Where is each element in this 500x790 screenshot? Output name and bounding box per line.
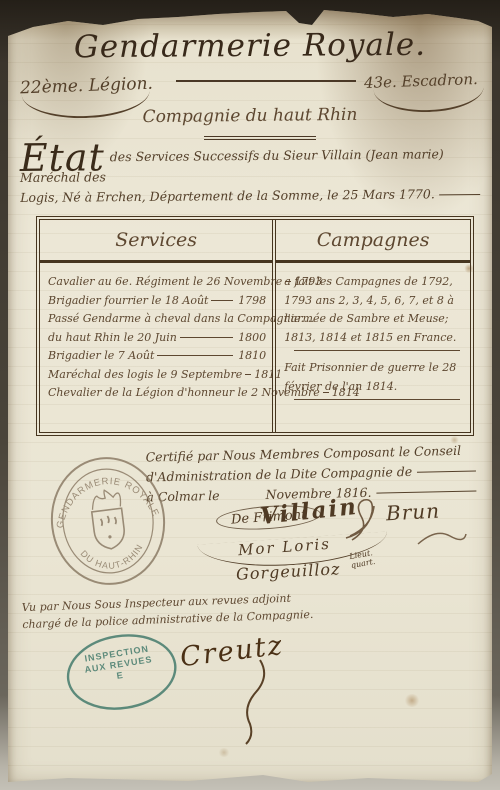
service-entry: du haut Rhin le 20 Juin xyxy=(48,329,177,348)
table-row: Brigadier le 7 Août1810 xyxy=(48,347,266,366)
service-year: 1798 xyxy=(236,292,266,311)
table-row: Chevalier de la Légion d'honneur le 2 No… xyxy=(48,384,266,403)
campagnes-rows: a fait les Campagnes de 1792, 1793 ans 2… xyxy=(276,263,470,432)
campagnes-column: Campagnes a fait les Campagnes de 1792, … xyxy=(272,220,470,432)
service-year: 1810 xyxy=(236,347,266,366)
intro-line2-text: Logis, Né à Erchen, Département de la So… xyxy=(20,184,435,208)
company-label: Compagnie du haut Rhin xyxy=(8,103,492,128)
foxing-spot xyxy=(404,694,420,707)
stamp-bottom-text: DU HAUT-RHIN xyxy=(78,541,147,574)
table-row: Cavalier au 6e. Régiment le 26 Novembre1… xyxy=(48,273,266,292)
service-entry: Brigadier le 7 Août xyxy=(48,347,154,366)
intro-paragraph: Étatdes Services Successifs du Sieur Vil… xyxy=(20,144,481,208)
service-entry: Brigadier fourrier le 18 Août xyxy=(48,292,208,311)
ruled-filler xyxy=(417,471,476,473)
service-entry: Cavalier au 6e. Régiment le 26 Novembre xyxy=(48,273,282,292)
creutz-flourish xyxy=(216,658,276,748)
table-row: Maréchal des logis le 9 Septembre1811 xyxy=(48,366,266,385)
leader-line xyxy=(285,281,291,282)
ruled-filler xyxy=(376,491,476,494)
table-row: Brigadier fourrier le 18 Août1798 xyxy=(48,292,266,311)
services-rows: Cavalier au 6e. Régiment le 26 Novembre1… xyxy=(40,263,272,432)
leader-line xyxy=(245,374,251,375)
service-entry: Maréchal des logis le 9 Septembre xyxy=(48,366,242,385)
gendarmerie-royale-stamp: GENDARMERIE ROYALE DU HAUT-RHIN xyxy=(38,445,178,597)
brun-paraph-flourish xyxy=(416,526,468,552)
intro-line2: Logis, Né à Erchen, Département de la So… xyxy=(20,184,480,208)
leader-line xyxy=(211,300,233,301)
services-column: Services Cavalier au 6e. Régiment le 26 … xyxy=(40,220,272,432)
ruled-filler xyxy=(439,194,480,195)
document-title: Gendarmerie Royale. xyxy=(8,26,492,65)
service-record-table: Services Cavalier au 6e. Régiment le 26 … xyxy=(36,216,474,436)
signature-role-note: Lieut. quart. xyxy=(349,548,376,570)
signature-brun: Brun xyxy=(385,499,440,526)
services-header: Services xyxy=(40,220,272,263)
table-row: du haut Rhin le 20 Juin1800 xyxy=(48,329,266,348)
company-underline xyxy=(204,136,316,140)
intro-line1: Étatdes Services Successifs du Sieur Vil… xyxy=(20,144,480,188)
campaign-entry: Fait Prisonnier de guerre le 28 février … xyxy=(284,359,464,396)
service-year: 1800 xyxy=(236,329,266,348)
signature-gorgeuilloz: Gorgeuilloz xyxy=(236,559,341,583)
leader-line xyxy=(157,355,233,356)
campagnes-header: Campagnes xyxy=(276,220,470,263)
title-underline xyxy=(176,80,356,82)
photo-background: Gendarmerie Royale. 22ème. Légion. 43e. … xyxy=(0,0,500,790)
campaign-entry: a fait les Campagnes de 1792, 1793 ans 2… xyxy=(284,273,464,347)
table-row: Passé Gendarme à cheval dans la Compagni… xyxy=(48,310,266,329)
ruled-filler xyxy=(294,398,460,400)
manuscript-page: Gendarmerie Royale. 22ème. Légion. 43e. … xyxy=(8,6,492,784)
svg-text:DU HAUT-RHIN: DU HAUT-RHIN xyxy=(78,541,147,574)
foxing-spot xyxy=(218,748,230,757)
ruled-filler xyxy=(294,349,460,351)
blank-gap xyxy=(220,499,266,500)
inspection-stamp: INSPECTION AUX REVUES E xyxy=(58,623,186,724)
leader-line xyxy=(323,392,329,393)
crowned-shield-icon xyxy=(89,488,126,550)
leader-line xyxy=(180,337,233,338)
